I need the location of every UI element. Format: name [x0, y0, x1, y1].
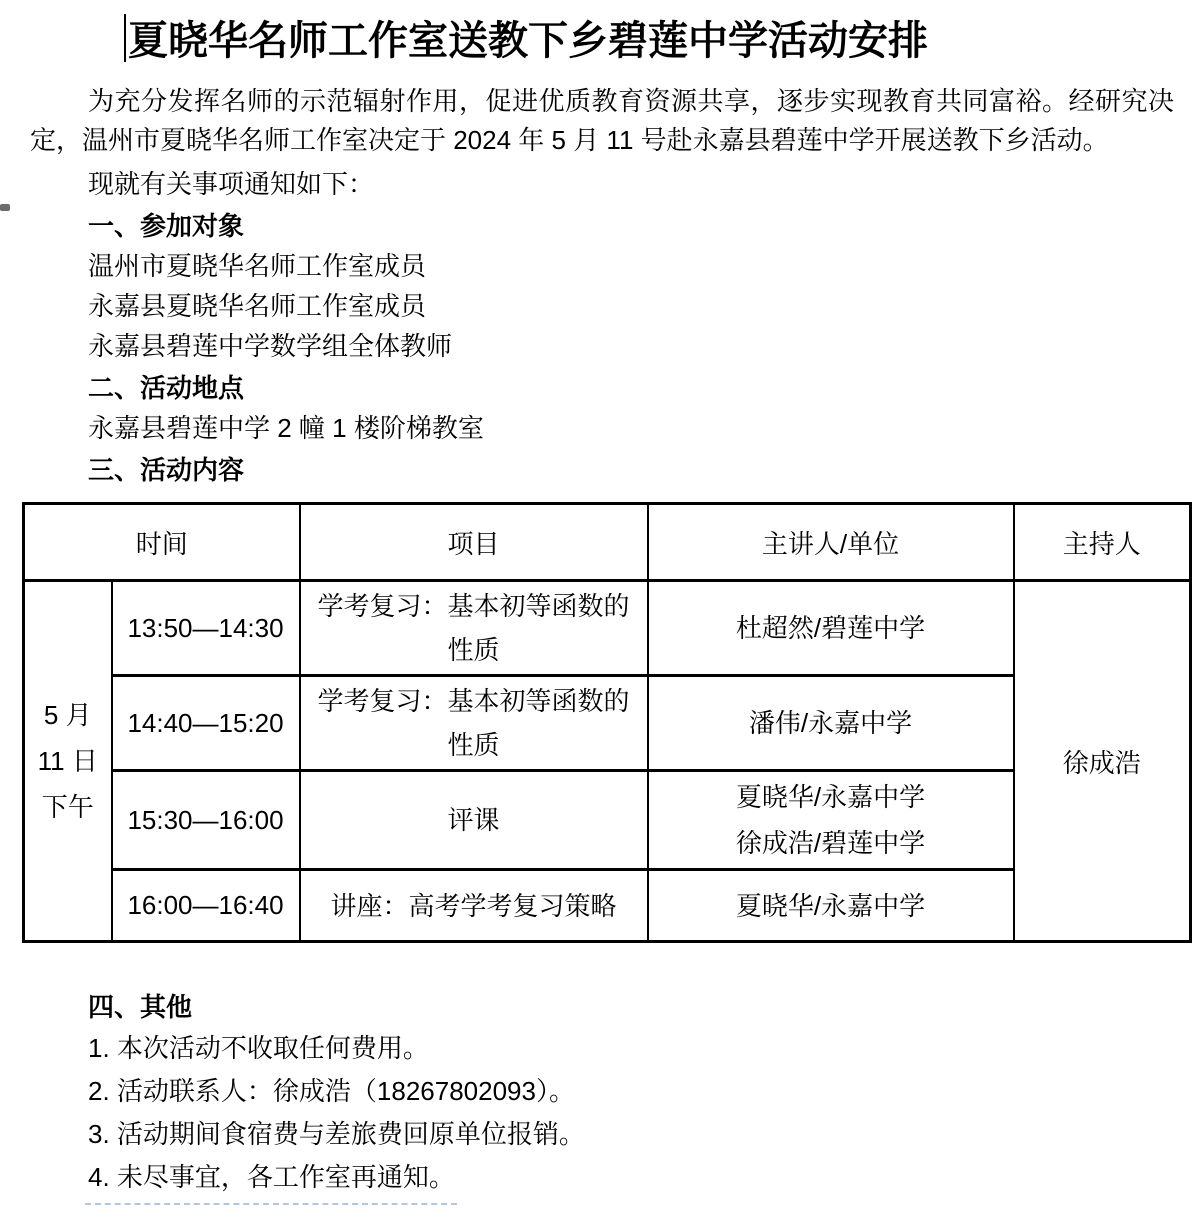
time-cell: 14:40—15:20	[112, 676, 300, 771]
section-heading-content: 三、活动内容	[88, 450, 1174, 490]
other-item: 4. 未尽事宜，各工作室再通知。	[88, 1156, 1174, 1199]
notice-line: 现就有关事项通知如下：	[88, 164, 1174, 204]
topic-cell: 学考复习：基本初等函数的 性质	[300, 676, 648, 771]
section-heading-location: 二、活动地点	[88, 368, 1174, 408]
other-item: 3. 活动期间食宿费与差旅费回原单位报销。	[88, 1113, 1174, 1156]
header-cell-time: 时间	[24, 504, 300, 581]
grammar-check-underline	[85, 1203, 457, 1205]
time-cell: 13:50—14:30	[112, 581, 300, 676]
participant-item: 永嘉县碧莲中学数学组全体教师	[88, 326, 1174, 366]
speaker-cell: 夏晓华/永嘉中学	[648, 870, 1014, 942]
intro-paragraph: 为充分发挥名师的示范辐射作用，促进优质教育资源共享，逐步实现教育共同富裕。经研究…	[30, 82, 1174, 160]
participant-item: 温州市夏晓华名师工作室成员	[88, 246, 1174, 286]
table-row: 5 月 11 日 下午 13:50—14:30 学考复习：基本初等函数的 性质 …	[24, 581, 1191, 676]
speaker-cell: 杜超然/碧莲中学	[648, 581, 1014, 676]
other-item: 2. 活动联系人：徐成浩（18267802093）。	[88, 1070, 1174, 1113]
page-title-text: 夏晓华名师工作室送教下乡碧莲中学活动安排	[128, 19, 928, 63]
table-header-row: 时间 项目 主讲人/单位 主持人	[24, 504, 1191, 581]
host-cell: 徐成浩	[1014, 581, 1191, 942]
time-cell: 16:00—16:40	[112, 870, 300, 942]
speaker-cell: 潘伟/永嘉中学	[648, 676, 1014, 771]
location-item: 永嘉县碧莲中学 2 幢 1 楼阶梯教室	[88, 408, 1174, 448]
margin-revision-mark	[0, 204, 10, 211]
other-item: 1. 本次活动不收取任何费用。	[88, 1027, 1174, 1070]
participant-item: 永嘉县夏晓华名师工作室成员	[88, 286, 1174, 326]
section-heading-participants: 一、参加对象	[88, 206, 1174, 246]
topic-cell: 讲座：高考学考复习策略	[300, 870, 648, 942]
speaker-cell: 夏晓华/永嘉中学 徐成浩/碧莲中学	[648, 771, 1014, 870]
header-cell-speaker: 主讲人/单位	[648, 504, 1014, 581]
topic-cell: 评课	[300, 771, 648, 870]
topic-cell: 学考复习：基本初等函数的 性质	[300, 581, 648, 676]
schedule-table: 时间 项目 主讲人/单位 主持人 5 月 11 日 下午 13:50—14:30…	[22, 502, 1192, 943]
header-cell-topic: 项目	[300, 504, 648, 581]
date-cell: 5 月 11 日 下午	[24, 581, 112, 942]
section-heading-other: 四、其他	[88, 987, 1174, 1027]
text-cursor	[124, 14, 126, 62]
page-title: 夏晓华名师工作室送教下乡碧莲中学活动安排	[30, 14, 1172, 68]
time-cell: 15:30—16:00	[112, 771, 300, 870]
header-cell-host: 主持人	[1014, 504, 1191, 581]
